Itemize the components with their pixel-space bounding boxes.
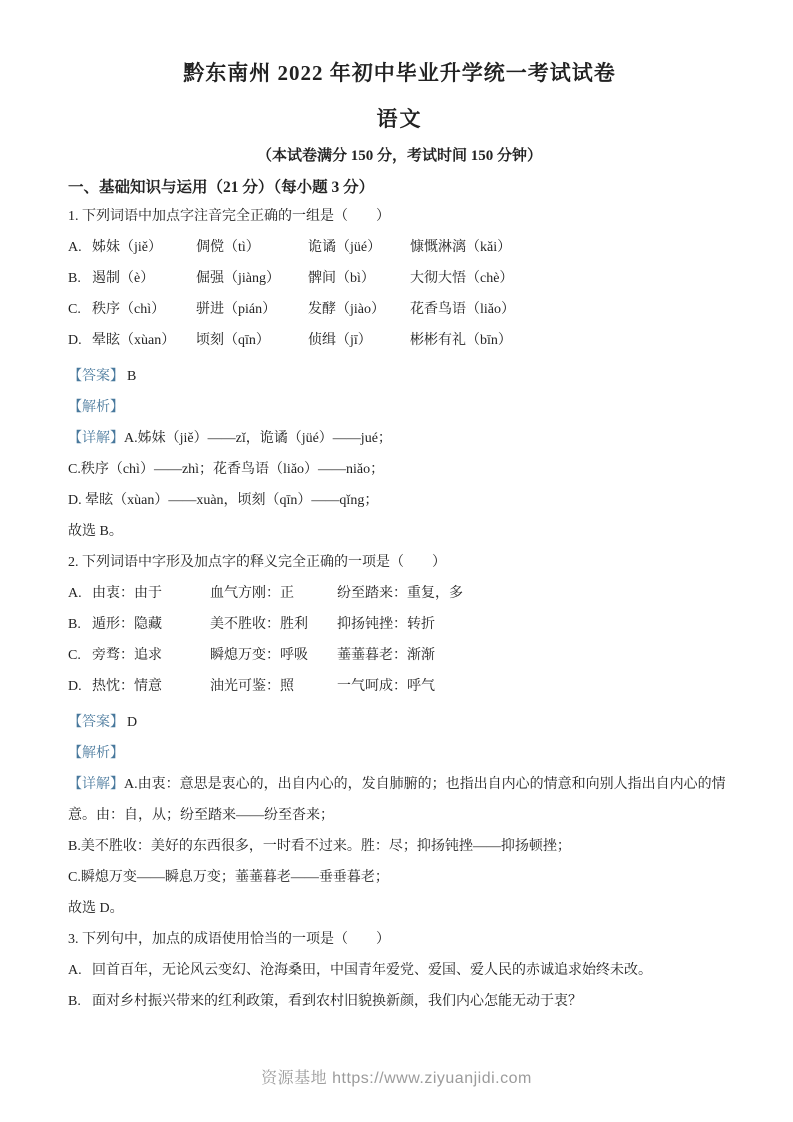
q2-stem: 2. 下列词语中字形及加点字的释义完全正确的一项是（ ）	[68, 547, 731, 578]
answer-value: D	[127, 715, 137, 730]
detail-marker: 【详解】	[68, 431, 124, 446]
q2-option-c: C. 旁骛：追求 瞬熄万变：呼吸 菙菙暮老：渐渐	[68, 640, 731, 671]
answer-marker: 【答案】	[68, 369, 124, 384]
option-label: C.	[68, 640, 92, 671]
q3-stem: 3. 下列句中，加点的成语使用恰当的一项是（ ）	[68, 924, 731, 955]
analysis-marker: 【解析】	[68, 746, 124, 761]
option-label: D.	[68, 325, 92, 356]
option-cell: 纷至踏来：重复，多	[337, 578, 731, 609]
q2-option-a: A. 由衷：由于 血气方刚：正 纷至踏来：重复，多	[68, 578, 731, 609]
q2-detail-line-3: C.瞬熄万变——瞬息万变；菙菙暮老——垂垂暮老；	[68, 862, 731, 893]
answer-marker: 【答案】	[68, 715, 124, 730]
option-label: A.	[68, 232, 92, 263]
q2-detail-line-1: 【详解】A.由衷：意思是衷心的，出自内心的，发自肺腑的；也指出自内心的情意和向别…	[68, 769, 731, 831]
option-cell: 抑扬钝挫：转折	[337, 609, 731, 640]
option-label: A.	[68, 578, 92, 609]
option-cell: 旁骛：追求	[92, 640, 210, 671]
q1-option-d: D. 晕眩（xùan） 顷刻（qīn） 侦缉（jī） 彬彬有礼（bīn）	[68, 325, 731, 356]
exam-document-page: 黔东南州 2022 年初中毕业升学统一考试试卷 语文 （本试卷满分 150 分，…	[0, 0, 793, 1122]
q3-option-a: A. 回首百年，无论风云变幻、沧海桑田，中国青年爱党、爱国、爱人民的赤诚追求始终…	[68, 955, 731, 986]
q1-option-a: A. 姊妹（jiě） 倜傥（tì） 诡谲（jüé） 慷慨淋漓（kǎi）	[68, 232, 731, 263]
option-cell: 发酵（jiào）	[308, 294, 410, 325]
option-cell: 倜傥（tì）	[196, 232, 308, 263]
option-cell: 花香鸟语（liǎo）	[410, 294, 731, 325]
option-cell: 晕眩（xùan）	[92, 325, 196, 356]
option-cell: 慷慨淋漓（kǎi）	[410, 232, 731, 263]
option-cell: 一气呵成：呼气	[337, 671, 731, 702]
q1-answer-line: 【答案】B	[68, 361, 731, 392]
option-label: B.	[68, 609, 92, 640]
option-cell: 遏制（è）	[92, 263, 196, 294]
option-cell: 血气方刚：正	[210, 578, 337, 609]
q2-detail-line-2: B.美不胜收：美好的东西很多，一时看不过来。胜：尽；抑扬钝挫——抑扬顿挫；	[68, 831, 731, 862]
section-heading: 一、基础知识与运用（21 分）（每小题 3 分）	[68, 174, 731, 201]
detail-marker: 【详解】	[68, 777, 124, 792]
q2-analysis-line: 【解析】	[68, 738, 731, 769]
exam-info-line: （本试卷满分 150 分，考试时间 150 分钟）	[68, 143, 731, 169]
option-cell: 菙菙暮老：渐渐	[337, 640, 731, 671]
analysis-marker: 【解析】	[68, 400, 124, 415]
option-label: C.	[68, 294, 92, 325]
option-cell: 倔强（jiàng）	[196, 263, 308, 294]
option-text: 面对乡村振兴带来的红利政策，看到农村旧貌换新颜，我们内心怎能无动于衷？	[92, 986, 731, 1017]
option-cell: 瞬熄万变：呼吸	[210, 640, 337, 671]
option-cell: 美不胜收：胜利	[210, 609, 337, 640]
q1-detail-line-3: D. 晕眩（xùan）——xuàn，顷刻（qīn）——qǐng；	[68, 485, 731, 516]
q1-detail-line-2: C.秩序（chì）——zhì；花香鸟语（liǎo）——niǎo；	[68, 454, 731, 485]
q1-detail-line-1: 【详解】A.姊妹（jiě）——zǐ，诡谲（jüé）——jué；	[68, 423, 731, 454]
detail-text: A.由衷：意思是衷心的，出自内心的，发自肺腑的；也指出自内心的情意和向别人指出自…	[68, 777, 726, 823]
subject-title: 语文	[68, 104, 731, 134]
option-cell: 顷刻（qīn）	[196, 325, 308, 356]
watermark-footer: 资源基地 https://www.ziyuanjidi.com	[0, 1065, 793, 1088]
option-cell: 由衷：由于	[92, 578, 210, 609]
q3-option-b: B. 面对乡村振兴带来的红利政策，看到农村旧貌换新颜，我们内心怎能无动于衷？	[68, 986, 731, 1017]
option-cell: 髀间（bì）	[308, 263, 410, 294]
option-cell: 秩序（chì）	[92, 294, 196, 325]
q1-option-b: B. 遏制（è） 倔强（jiàng） 髀间（bì） 大彻大悟（chè）	[68, 263, 731, 294]
q1-analysis-line: 【解析】	[68, 392, 731, 423]
q2-conclusion: 故选 D。	[68, 893, 731, 924]
option-cell: 大彻大悟（chè）	[410, 263, 731, 294]
q1-stem: 1. 下列词语中加点字注音完全正确的一组是（ ）	[68, 201, 731, 232]
option-cell: 侦缉（jī）	[308, 325, 410, 356]
document-content: 黔东南州 2022 年初中毕业升学统一考试试卷 语文 （本试卷满分 150 分，…	[0, 0, 793, 1017]
detail-text: A.姊妹（jiě）——zǐ，诡谲（jüé）——jué；	[124, 431, 392, 446]
q2-option-b: B. 遁形：隐藏 美不胜收：胜利 抑扬钝挫：转折	[68, 609, 731, 640]
q2-option-d: D. 热忱：情意 油光可鉴：照 一气呵成：呼气	[68, 671, 731, 702]
option-cell: 彬彬有礼（bīn）	[410, 325, 731, 356]
option-label: B.	[68, 986, 92, 1017]
option-label: B.	[68, 263, 92, 294]
q2-answer-line: 【答案】D	[68, 707, 731, 738]
option-cell: 油光可鉴：照	[210, 671, 337, 702]
option-label: A.	[68, 955, 92, 986]
option-cell: 诡谲（jüé）	[308, 232, 410, 263]
option-cell: 姊妹（jiě）	[92, 232, 196, 263]
page-title: 黔东南州 2022 年初中毕业升学统一考试试卷	[68, 58, 731, 88]
answer-value: B	[127, 369, 136, 384]
option-text: 回首百年，无论风云变幻、沧海桑田，中国青年爱党、爱国、爱人民的赤诚追求始终未改。	[92, 955, 731, 986]
q1-option-c: C. 秩序（chì） 骈进（pián） 发酵（jiào） 花香鸟语（liǎo）	[68, 294, 731, 325]
option-cell: 骈进（pián）	[196, 294, 308, 325]
option-label: D.	[68, 671, 92, 702]
q1-conclusion: 故选 B。	[68, 516, 731, 547]
option-cell: 遁形：隐藏	[92, 609, 210, 640]
option-cell: 热忱：情意	[92, 671, 210, 702]
